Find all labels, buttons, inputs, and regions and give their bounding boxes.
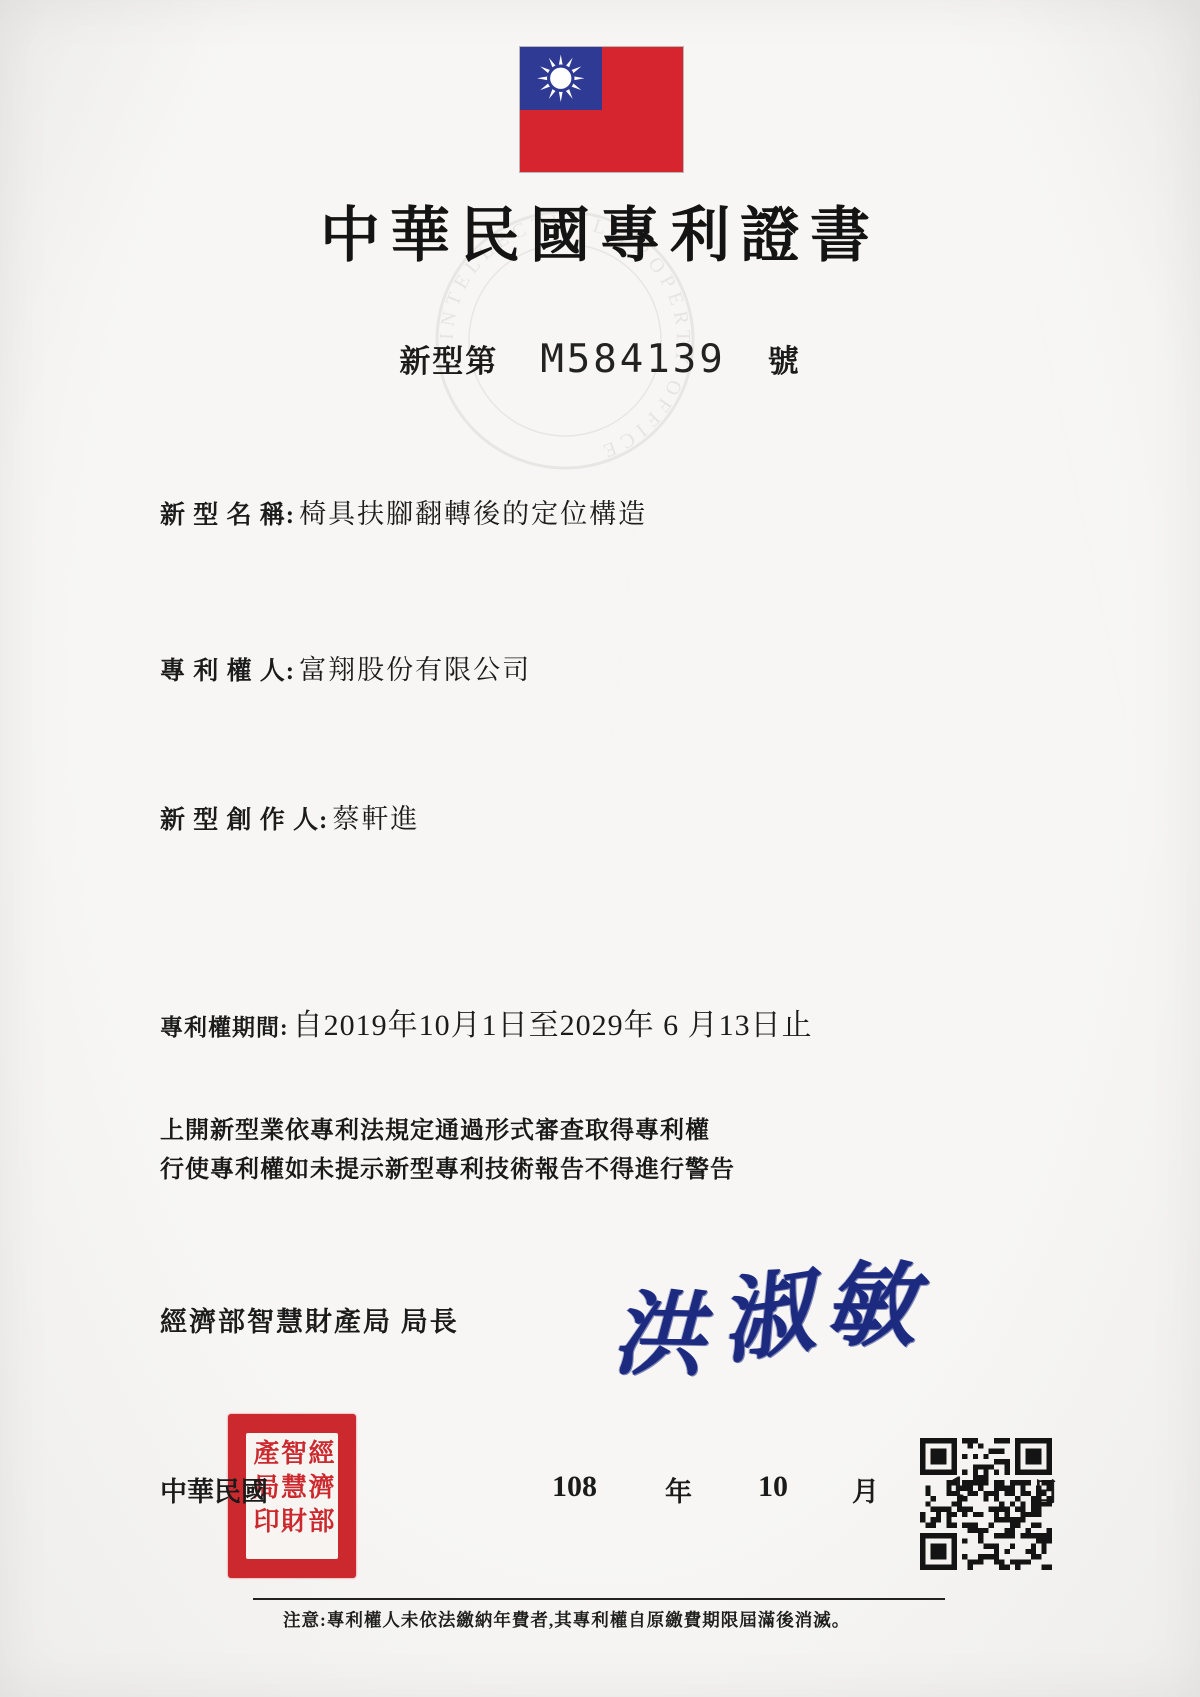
date-year-unit: 年: [665, 1470, 692, 1509]
field-invention-name: 新 型 名 稱: 椅具扶腳翻轉後的定位構造: [160, 492, 647, 531]
patent-number-prefix: 新型第: [399, 336, 498, 381]
field-label: 專利權期間:: [160, 1015, 289, 1040]
patent-number-suffix: 號: [768, 336, 801, 381]
signature-char: 洪: [611, 1261, 705, 1395]
field-patent-owner: 專 利 權 人: 富翔股份有限公司: [160, 648, 531, 687]
taiwan-flag-image: [520, 47, 683, 172]
field-patent-term: 專利權期間: 自2019年10月1日至2029年 6 月13日止: [160, 1000, 813, 1044]
date-month: 10: [758, 1470, 788, 1504]
flag-sun-icon: [520, 47, 602, 110]
patent-number-line: 新型第 M584139 號: [0, 336, 1200, 382]
flag-blue-canton: [520, 47, 602, 110]
signature-char: 淑: [709, 1237, 821, 1382]
statute-line-1: 上開新型業依專利法規定通過形式審查取得專利權: [160, 1112, 735, 1151]
date-era: 中華民國: [160, 1470, 268, 1509]
patent-certificate-page: INTELLECTUAL PROPERTY OFFICE 中華民國專利證書 新型…: [0, 0, 1200, 1697]
field-label: 專 利 權 人:: [160, 658, 295, 685]
field-value: 自2019年10月1日至2029年 6 月13日止: [293, 1009, 813, 1042]
footer-note: 注意:專利權人未依法繳納年費者,其專利權自原繳費期限屆滿後消滅。: [253, 1607, 945, 1632]
field-value: 椅具扶腳翻轉後的定位構造: [299, 499, 647, 529]
date-year: 108: [552, 1470, 597, 1504]
field-value: 蔡軒進: [332, 804, 419, 834]
paper-crease: [606, 521, 635, 780]
patent-number-value: M584139: [540, 337, 725, 382]
issuing-office-label: 經濟部智慧財產局 局長: [160, 1300, 459, 1339]
director-general-signature: 洪 淑 敏: [609, 1230, 915, 1378]
footer-rule: 注意:專利權人未依法繳納年費者,其專利權自原繳費期限屆滿後消滅。: [253, 1598, 945, 1632]
signature-char: 敏: [824, 1232, 916, 1364]
field-label: 新 型 創 作 人:: [160, 807, 328, 834]
statute-paragraph: 上開新型業依專利法規定通過形式審查取得專利權 行使專利權如未提示新型專利技術報告…: [160, 1112, 735, 1190]
certificate-title: 中華民國專利證書: [0, 188, 1200, 274]
field-value: 富翔股份有限公司: [299, 655, 531, 685]
statute-line-2: 行使專利權如未提示新型專利技術報告不得進行警告: [160, 1151, 735, 1190]
field-label: 新 型 名 稱:: [160, 502, 295, 529]
date-month-unit: 月: [852, 1470, 879, 1509]
field-creator: 新 型 創 作 人: 蔡軒進: [160, 797, 419, 836]
qr-code: [920, 1438, 1052, 1570]
